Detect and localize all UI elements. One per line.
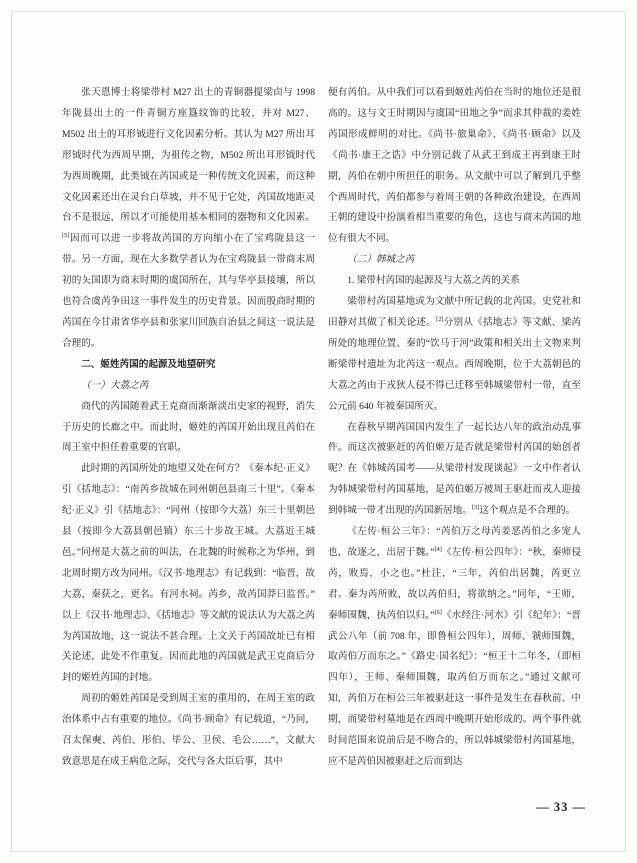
citation-marker: [5] [62, 232, 69, 239]
citation-marker: [3] [472, 504, 479, 511]
left-column: 张天恩博士将梁带村 M27 出土的青铜器提梁卣与 1998 年陇县出土的一件青铜… [62, 83, 315, 773]
section-heading: 二、姬姓芮国的起源及地望研究 [62, 355, 315, 376]
paragraph: 商代的芮国随着武王克商而渐渐淡出史家的视野，消失于历史的长廊之中。而此时，姬姓的… [62, 397, 315, 460]
citation-marker: [6] [435, 608, 442, 615]
paragraph: 《左传·桓公三年》：“芮伯万之母芮姜恶芮伯之多宠人也，故逐之，出居于魏。”[4]… [328, 522, 581, 773]
document-page: 张天恩博士将梁带村 M27 出土的青铜器提梁卣与 1998 年陇县出土的一件青铜… [0, 0, 637, 863]
subsection-heading: （一）大荔之芮 [62, 376, 315, 397]
paragraph: 张天恩博士将梁带村 M27 出土的青铜器提梁卣与 1998 年陇县出土的一件青铜… [62, 83, 315, 355]
citation-marker: [4] [435, 546, 442, 553]
citation-marker: [2] [436, 316, 443, 323]
page-content: 张天恩博士将梁带村 M27 出土的青铜器提梁卣与 1998 年陇县出土的一件青铜… [62, 83, 582, 773]
paragraph: 便有芮伯。从中我们可以看到姬姓芮伯在当时的地位还是很高的。这与文王时期因与虞国“… [328, 83, 581, 250]
paragraph: 此时期的芮国所处的地望又处在何方？《秦本纪·正义》引《括地志》：“南芮乡故城在同… [62, 459, 315, 689]
subsection-heading: 1. 梁带村芮国的起源及与大荔之芮的关系 [328, 271, 581, 292]
paragraph: 梁带村芮国墓地或为文献中所记载的北芮国。史党社和田静对其做了相关论述。[2]分别… [328, 292, 581, 417]
right-column: 便有芮伯。从中我们可以看到姬姓芮伯在当时的地位还是很高的。这与文王时期因与虞国“… [328, 83, 581, 773]
page-number: — 33 — [536, 800, 586, 815]
paragraph: 周初的姬姓芮国是受到周王室的重用的，在周王室的政治体系中占有重要的地位。《尚书·… [62, 689, 315, 773]
paragraph: 在春秋早期芮国国内发生了一起长达八年的政治动乱事件。而这次被驱赶的芮伯姬万是否就… [328, 418, 581, 523]
subsection-heading: （二）韩城之芮 [328, 250, 581, 271]
